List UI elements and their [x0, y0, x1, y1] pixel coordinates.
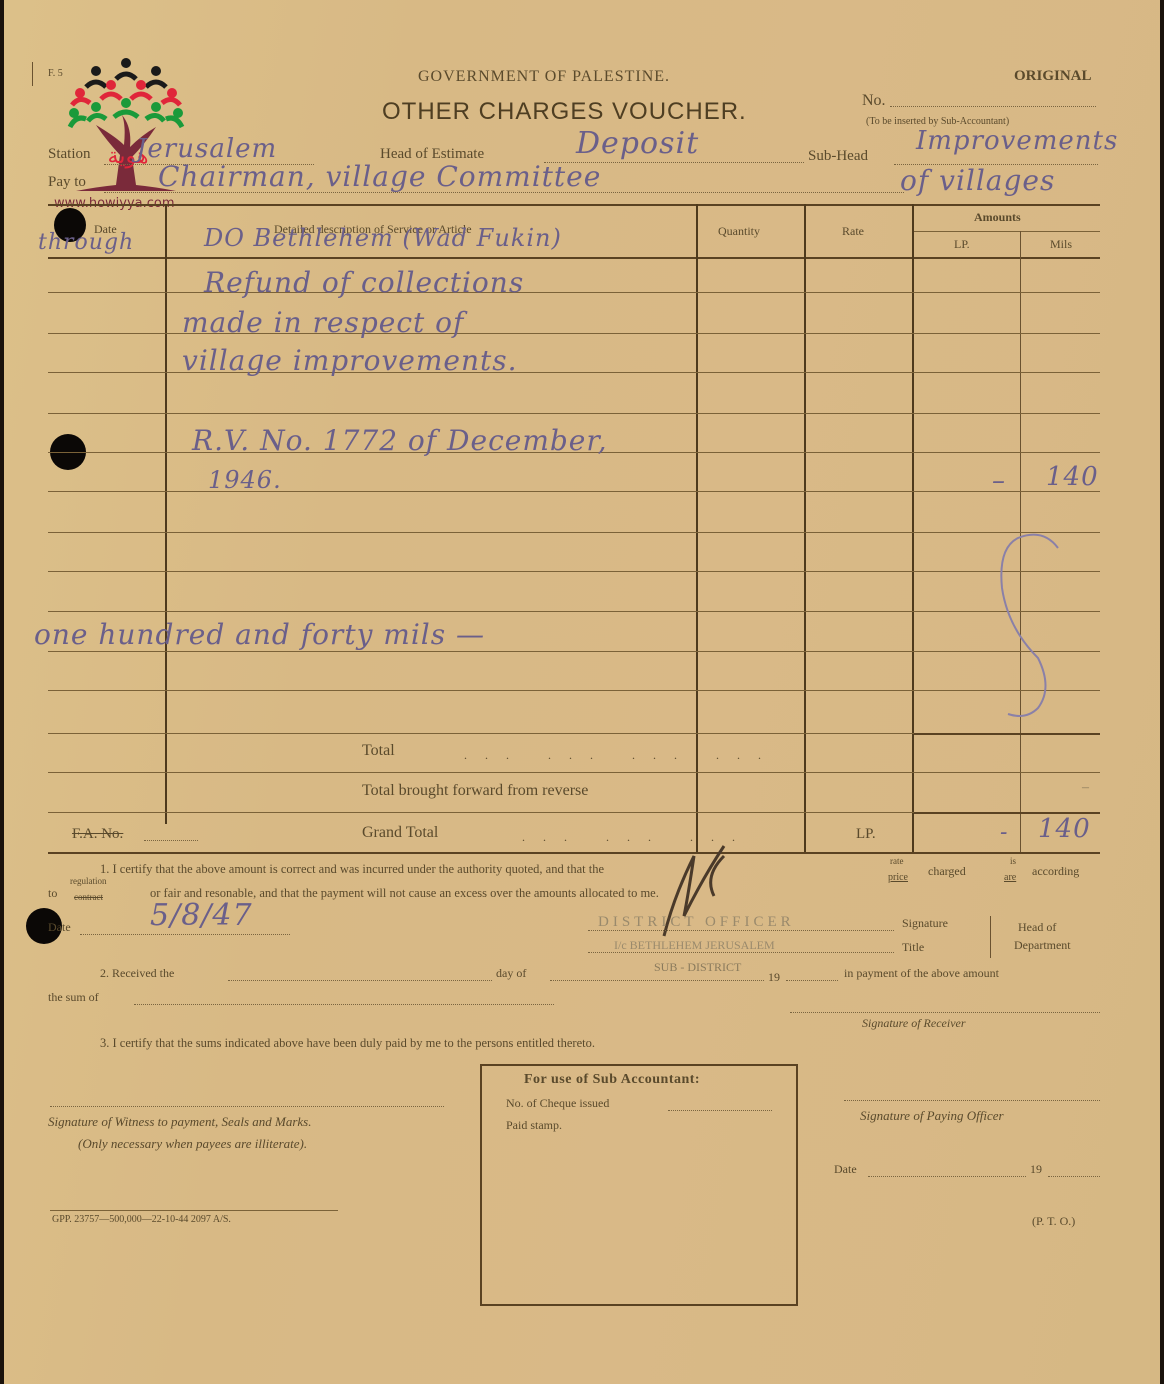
table-header-rule — [48, 257, 1100, 259]
fa-no-field[interactable] — [144, 840, 198, 841]
bracket — [990, 916, 991, 958]
total-label: Total — [362, 742, 395, 760]
witness-line-2: (Only necessary when payees are illitera… — [78, 1136, 307, 1152]
table-top-rule — [48, 204, 1100, 206]
row-rule — [48, 812, 914, 813]
grand-total-mils: 140 — [1038, 814, 1091, 844]
signature-label: Signature — [902, 916, 948, 931]
cert1-text-b: charged — [928, 864, 966, 879]
witness-signature-field[interactable] — [50, 1106, 444, 1107]
signature-field[interactable] — [588, 930, 894, 931]
pay-to-label: Pay to — [48, 174, 86, 191]
sub-head-value-1: Improvements — [916, 126, 1118, 156]
col-header-lp: LP. — [954, 237, 970, 252]
description-line-7: 1946. — [208, 466, 282, 494]
station-label: Station — [48, 146, 91, 163]
footer-date-year: 19 — [1030, 1162, 1042, 1177]
col-divider — [165, 204, 167, 824]
description-line-1: DO Bethlehem (Wad Fukin) — [204, 224, 562, 252]
brought-forward-mils: – — [1082, 780, 1089, 796]
row-rule — [48, 651, 1100, 652]
paying-officer-label: Signature of Paying Officer — [860, 1108, 1004, 1124]
cert1-frac-are: are — [1004, 872, 1016, 883]
title-field[interactable] — [588, 952, 894, 953]
cert1-to: to — [48, 886, 57, 901]
printer-code: GPP. 23757—500,000—22-10-44 2097 A/S. — [52, 1214, 231, 1225]
col-header-quantity: Quantity — [718, 224, 760, 239]
cert1-frac-regulation: regulation — [70, 876, 107, 886]
receiver-signature-field[interactable] — [790, 1012, 1100, 1013]
footer-date-label: Date — [834, 1162, 857, 1177]
stamp-line-2: I/c BETHLEHEM JERUSALEM — [614, 938, 775, 953]
voucher-no-field[interactable] — [890, 106, 1096, 107]
received-month-field[interactable] — [550, 980, 764, 981]
description-line-2: Refund of collections — [204, 266, 524, 299]
fa-no-label: F.A. No. — [72, 826, 123, 843]
col-header-rate: Rate — [842, 224, 864, 239]
title-label: Title — [902, 940, 924, 955]
cert1-date-label: Date — [48, 920, 71, 935]
brought-forward-label: Total brought forward from reverse — [362, 782, 588, 800]
row-rule — [48, 571, 1100, 572]
description-line-6: R.V. No. 1772 of December, — [192, 424, 608, 457]
cert1-frac-is: is — [1010, 856, 1016, 866]
col-divider — [804, 204, 806, 854]
paying-officer-signature-field[interactable] — [844, 1100, 1100, 1101]
footer-year-field[interactable] — [1048, 1176, 1100, 1177]
row-rule — [48, 413, 1100, 414]
cert1-frac-contract: contract — [74, 892, 103, 902]
printer-rule — [50, 1210, 338, 1211]
row-rule — [48, 532, 1100, 533]
total-dots: ... ... ... ... — [464, 748, 779, 763]
witness-line-1: Signature of Witness to payment, Seals a… — [48, 1114, 311, 1130]
amount-mils: 140 — [1046, 462, 1099, 492]
stamp-line-1: DISTRICT OFFICER — [598, 914, 795, 931]
paid-stamp-label: Paid stamp. — [506, 1118, 562, 1133]
row-rule — [48, 611, 1100, 612]
form-code: F. 5 — [48, 68, 63, 79]
grand-total-lp: - — [1000, 820, 1008, 845]
sub-head-field[interactable] — [894, 164, 1098, 165]
cheque-label: No. of Cheque issued — [506, 1096, 609, 1111]
table-bottom-rule — [48, 852, 1100, 854]
head-of-estimate-value: Deposit — [576, 126, 699, 161]
total-top-rule — [914, 733, 1100, 735]
pay-to-value: Chairman, village Committee — [158, 160, 601, 193]
margin-rule — [32, 62, 33, 86]
sub-head-label: Sub-Head — [808, 148, 868, 165]
cheque-field[interactable] — [668, 1110, 772, 1111]
amounts-sub-rule — [914, 231, 1100, 232]
voucher-no-label: No. — [862, 92, 886, 110]
cert1-frac-rate: rate — [890, 856, 904, 866]
voucher-document: هوية www.howiyya.com F. 5 GOVERNMENT OF … — [4, 0, 1160, 1384]
received-sum-field[interactable] — [134, 1004, 554, 1005]
cert3-text: 3. I certify that the sums indicated abo… — [100, 1036, 595, 1051]
amount-lp: – — [992, 466, 1006, 496]
amount-in-words: one hundred and forty mils — — [34, 618, 485, 651]
col-header-amounts: Amounts — [974, 210, 1021, 225]
cert1-text-c: according — [1032, 864, 1079, 879]
description-line-4: village improvements. — [182, 344, 518, 377]
pay-to-field[interactable] — [104, 192, 904, 193]
s-scrawl-mark — [988, 528, 1078, 728]
received-year-field[interactable] — [786, 980, 838, 981]
received-day-field[interactable] — [228, 980, 492, 981]
cert1-date-field[interactable] — [80, 934, 290, 935]
copy-label: ORIGINAL — [1014, 68, 1092, 85]
government-heading: GOVERNMENT OF PALESTINE. — [418, 68, 670, 86]
description-line-3: made in respect of — [182, 306, 464, 339]
cert2-day-of: day of — [496, 966, 526, 981]
voucher-title: OTHER CHARGES VOUCHER. — [382, 98, 747, 126]
cert2-text-a: 2. Received the — [100, 966, 174, 981]
sub-head-value-2: of villages — [900, 164, 1055, 197]
grand-total-unit: LP. — [856, 826, 876, 843]
grand-total-label: Grand Total — [362, 824, 438, 842]
row-rule — [48, 690, 1100, 691]
col-header-mils: Mils — [1050, 237, 1072, 252]
col-divider — [912, 204, 914, 854]
cert2-sum: the sum of — [48, 990, 99, 1005]
date-entry: through — [38, 230, 134, 255]
row-rule — [48, 772, 1100, 773]
sub-accountant-title: For use of Sub Accountant: — [524, 1072, 700, 1088]
head-of-dept-1: Head of — [1018, 920, 1056, 935]
cert1-frac-price: price — [888, 872, 908, 883]
cert2-text-b: in payment of the above amount — [844, 966, 999, 981]
cert1-text-a: 1. I certify that the above amount is co… — [100, 862, 604, 877]
footer-date-field[interactable] — [868, 1176, 1026, 1177]
head-of-dept-2: Department — [1014, 938, 1071, 953]
stamp-line-3: SUB - DISTRICT — [654, 960, 741, 975]
receiver-signature-label: Signature of Receiver — [862, 1016, 966, 1031]
pto-label: (P. T. O.) — [1032, 1214, 1075, 1229]
cert1-date-value: 5/8/47 — [150, 898, 253, 933]
cert2-year: 19 — [768, 970, 780, 985]
row-rule — [48, 733, 914, 734]
row-rule — [48, 491, 1100, 492]
